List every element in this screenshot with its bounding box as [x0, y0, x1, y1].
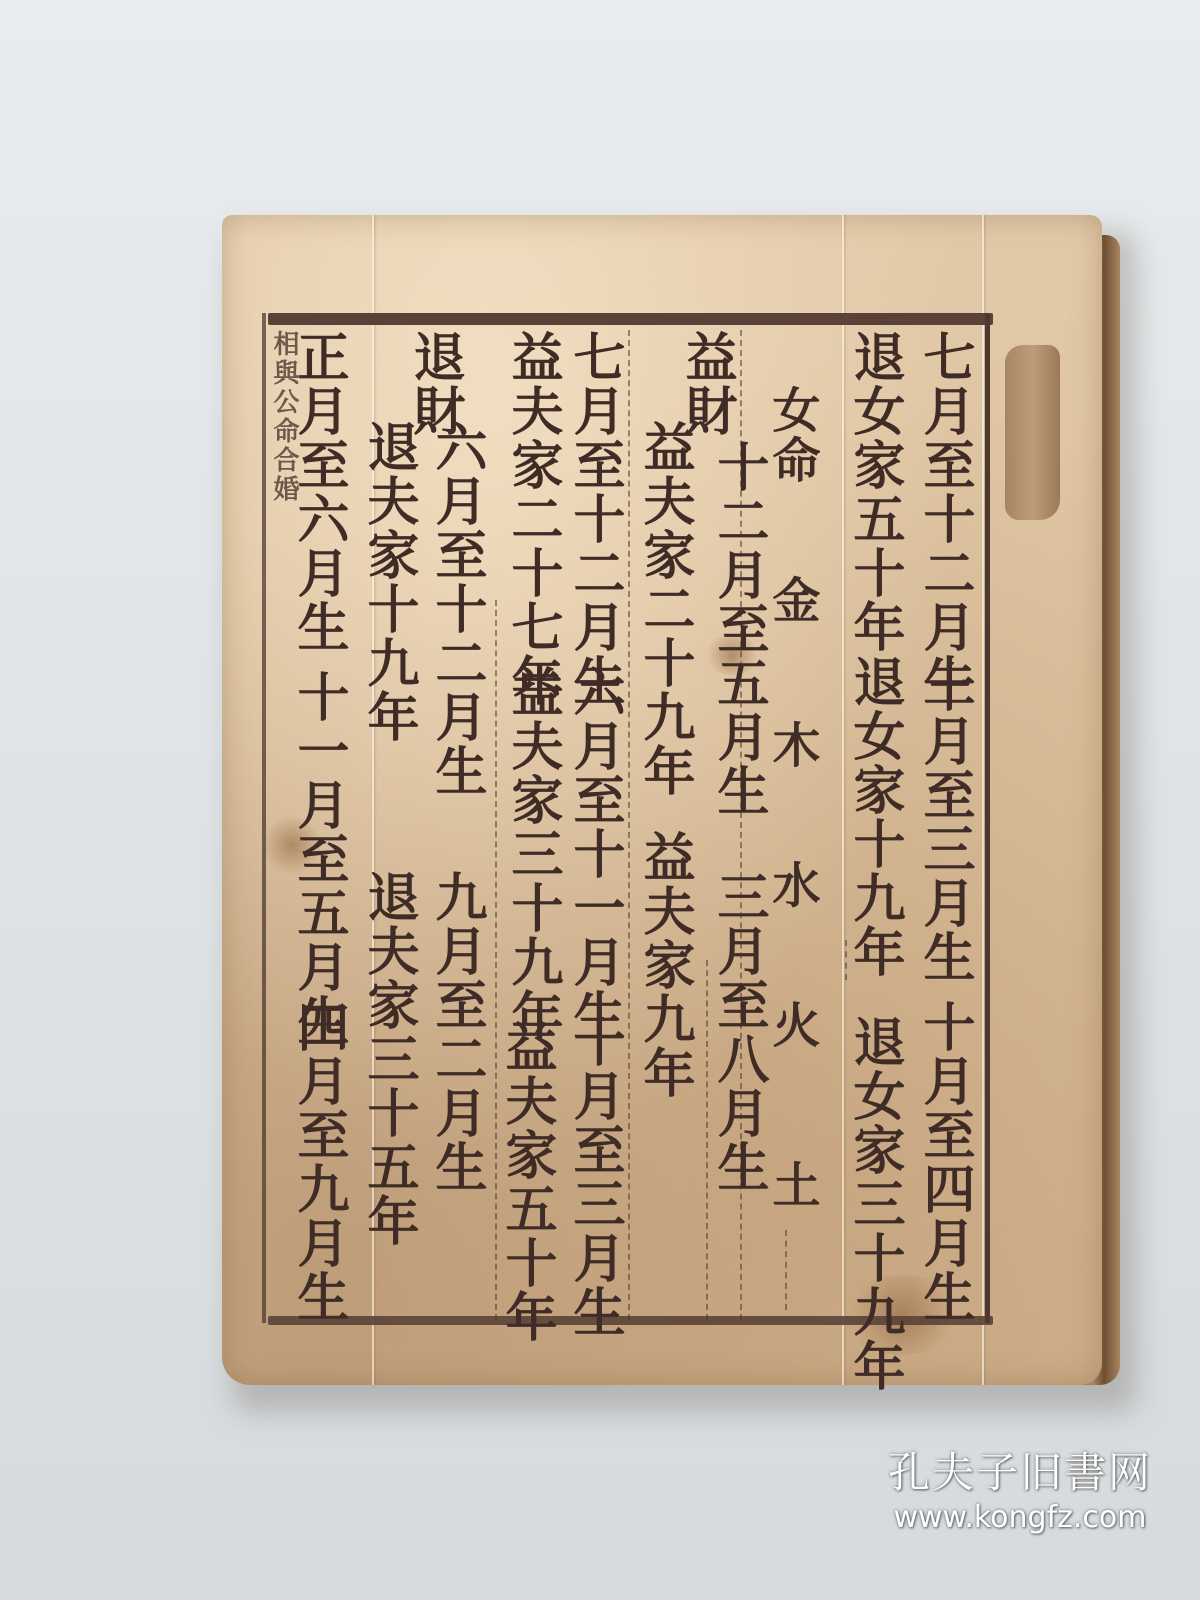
text-column: 益夫家三十九年: [506, 665, 558, 1043]
text-column: 七月至十二月生: [568, 330, 620, 708]
text-column: 三月至八月生: [712, 870, 764, 1194]
element-label: 土: [768, 1160, 816, 1210]
element-label: 木: [768, 720, 816, 770]
text-column: 益夫家五十年: [500, 1020, 552, 1344]
element-label: 水: [768, 860, 816, 910]
column-rule: [628, 330, 630, 1320]
text-column: 益夫家二十九年: [638, 420, 690, 798]
text-column: 四月至九月生: [292, 1000, 344, 1324]
text-column: 退女家十九年: [848, 655, 900, 979]
text-column: 十月至四月生: [918, 1000, 970, 1324]
column-rule: [785, 1230, 787, 1310]
text-column: 正月至六月生: [292, 330, 344, 654]
text-column: 六月至十二月生: [430, 420, 482, 798]
repair-tape: [1005, 345, 1060, 520]
text-column: 十月至三月生: [568, 1015, 620, 1339]
text-column: 益夫家二十七年: [506, 330, 558, 708]
element-label: 火: [768, 1000, 816, 1050]
text-column: 退女家三十九年: [848, 1015, 900, 1393]
element-label: 金: [768, 575, 816, 625]
text-column: 十二月至五月生: [712, 440, 764, 818]
text-column: 十月至三月生: [918, 660, 970, 984]
watermark-url: www.kongfz.com: [870, 1500, 1170, 1535]
text-column: 九月至二月生: [430, 870, 482, 1194]
text-column: 十一月至五月生: [292, 670, 344, 1048]
text-column: 退夫家三十五年: [362, 870, 414, 1248]
frame-right-border: [985, 313, 990, 1323]
text-column: 益夫家九年: [638, 830, 690, 1100]
text-column: 女命: [768, 385, 816, 485]
text-column: 退女家五十年: [848, 330, 900, 654]
watermark-site-name: 孔夫子旧書网: [870, 1440, 1170, 1500]
watermark: 孔夫子旧書网 www.kongfz.com: [870, 1440, 1170, 1535]
text-column: 退夫家十九年: [362, 420, 414, 744]
frame-top-border: [268, 313, 993, 325]
paper-fold: [982, 215, 984, 1385]
text-column: 六月至十一月生: [568, 665, 620, 1043]
text-column: 七月至十二月生: [918, 330, 970, 708]
